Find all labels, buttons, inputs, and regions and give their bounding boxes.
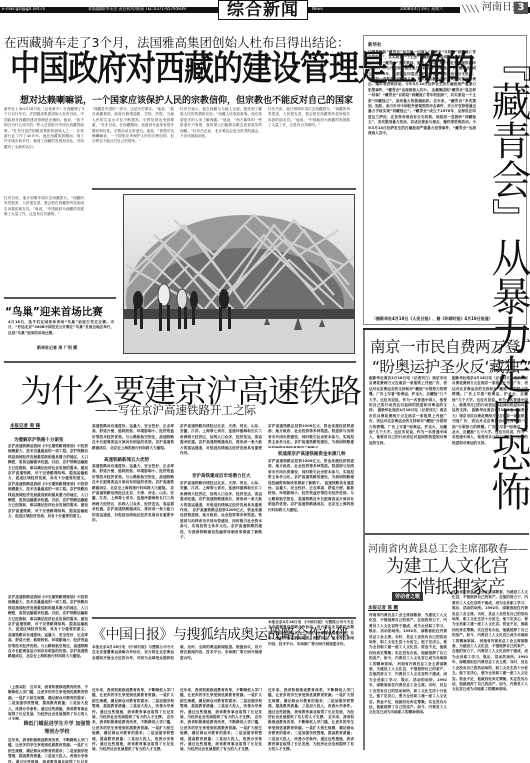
railway-column-4b: 京沪高速铁路总投资2209亿元，资金来源包括铁道部、地方政府、社会投资等多种渠道… — [268, 459, 354, 590]
masthead-english-label: News — [312, 6, 323, 12]
henan-column-1-text-cont: 河南省内黄县总工会主席邵敬春，为建设工人文化宫，不惜抵押自己的家产。在他的努力下… — [369, 662, 447, 715]
railway-section-3: 京沪高铁建成后市场潜力巨大 — [192, 473, 251, 479]
bottom-left-intro-text: 近年来，我省积极推进教育改革，不断降低入学门槛，让更多的学生享受到优质教育资源。… — [8, 685, 88, 720]
bottom-column-2-text: 近年来，我省积极推进教育改革，不断降低入学门槛，让更多的学生享受到优质教育资源。… — [92, 688, 174, 719]
railway-subtitle: ——写在京沪高速铁路开工之际 — [95, 402, 256, 418]
henan-column-2: 河南省内黄县总工会主席邵敬春，为建设工人文化宫，不惜抵押自己的家产。在他的努力下… — [452, 590, 528, 763]
bottom-column-3-text-cont: 近年来，我省积极推进教育改革，不断降低入学门槛，让更多的学生享受到优质教育资源。… — [180, 715, 262, 751]
railway-column-3a-text: 京沪高速铁路沿线经过北京、天津、河北、山东、安徽、江苏、上海等七省市，连接环渤海… — [180, 424, 262, 455]
henan-tag: 劳动者之歌 — [392, 592, 423, 601]
lead-column-3: 杜布吕表示，他在西藏与当地人交流，感受到了藏族人民的热情和友好。“西藏人民欢迎游… — [180, 107, 262, 187]
china-daily-body: 本报北京4月18日电 《中国日报》与搜狐公司今天在北京签署奥运战略合作协议，双方… — [92, 645, 262, 685]
photo-top-rule — [92, 188, 356, 190]
right-column-rule — [363, 330, 365, 750]
bottom-left-intro: （上接1版） 近年来，我省积极推进教育改革，不断降低入学门槛，让更多的学生享受到… — [8, 685, 88, 720]
bottom-left-subhead: 降低门槛促进学生升学 加强管理创办学校 — [22, 720, 92, 736]
henan-column-2-text-cont: 河南省内黄县总工会主席邵敬春，为建设工人文化宫，不惜抵押自己的家产。在他的努力下… — [452, 639, 528, 692]
railway-column-1-text: 京沪高速铁路是我国《中长期铁路网规划》中投资规模最大、技术含量最高的一项工程。京… — [8, 444, 88, 480]
bottom-left-body-text: 近年来，我省积极推进教育改革，不断降低入学门槛，让更多的学生享受到优质教育资源。… — [8, 738, 88, 763]
bottom-column-3-text: 近年来，我省积极推进教育改革，不断降低入学门槛，让更多的学生享受到优质教育资源。… — [180, 688, 262, 719]
lead-subhead: 想对达赖喇嘛说，一个国家应该保护人民的宗教信仰，但宗教也不能反对自己的国家 — [20, 93, 353, 106]
bottom-column-4-text-cont: 近年来，我省积极推进教育改革，不断降低入学门槛，让更多的学生享受到优质教育资源。… — [268, 715, 354, 751]
china-daily-top-rule — [92, 617, 356, 619]
sidebar-body-text: 达赖集团和“藏青会”是怎样一回事？“藏青会”自称是“西藏流亡青年的组织”，其实质… — [368, 50, 476, 92]
lead-column-2-text: “西藏是中国的一部分，这是历史事实。”他说，“我在西藏看到，政府在修建道路、学校… — [92, 107, 174, 143]
lead-column-2: “西藏是中国的一部分，这是历史事实。”他说，“我在西藏看到，政府在修建道路、学校… — [92, 107, 174, 187]
sidebar-source: （据新华社4月19日《人民日报》、据《环球时报》4月19日报道） — [372, 316, 493, 322]
bottom-left-intro-label: （上接1版） — [8, 685, 29, 689]
nanjing-title-line1: 南京一市民自费两万登广告 — [370, 335, 530, 357]
stadium-runners-image — [124, 195, 355, 354]
section-title: 综合新闻 — [218, 0, 308, 20]
masthead-email: E-mail:gzl@gzl.net.cn — [2, 6, 45, 12]
china-daily-column-3: 本报北京4月18日电 《中国日报》与搜狐公司今天在北京签署奥运战略合作协议，双方… — [268, 620, 354, 685]
railway-section-1: 为缓解京沪铁路十分紧张 — [14, 437, 64, 443]
bottom-column-2-text-cont: 近年来，我省积极推进教育改革，不断降低入学门槛，让更多的学生享受到优质教育资源。… — [92, 715, 174, 751]
railway-byline: 本报记者 周 锋 — [10, 423, 40, 429]
railway-column-3b: 京沪高速铁路沿线经过北京、天津、河北、山东、安徽、江苏、上海等七省市，连接环渤海… — [180, 481, 262, 590]
lead-column-3-text: 杜布吕表示，他在西藏与当地人交流，感受到了藏族人民的热情和友好。“西藏人民欢迎游… — [180, 107, 262, 138]
nanjing-column-2-text: 据新华社南京4月18日电（记者刘亢）南京市民自费花费两万元在南京一家报纸上刊登广… — [452, 376, 528, 412]
nanjing-column-1-text-cont: 据新华社南京4月18日电（记者刘亢）南京市民自费花费两万元在南京一家报纸上刊登广… — [369, 408, 447, 444]
railway-column-2b: 高速铁路具有速度快、运量大、安全性好、正点率高、舒适方便、能耗较低、环境影响小、… — [92, 464, 174, 590]
railway-column-1-cont-text2: 高速铁路具有速度快、运量大、安全性好、正点率高、舒适方便、能耗较低、环境影响小、… — [8, 633, 88, 659]
henan-column-1-text: 河南省内黄县总工会主席邵敬春，为建设工人文化宫，不惜抵押自己的家产。在他的努力下… — [369, 613, 447, 666]
railway-column-1-text-cont: 京沪高速铁路是我国《中长期铁路网规划》中投资规模最大、技术含量最高的一项工程。京… — [8, 482, 88, 518]
henan-column-1: 河南省内黄县总工会主席邵敬春，为建设工人文化宫，不惜抵押自己的家产。在他的努力下… — [369, 613, 447, 763]
nanjing-column-2: 据新华社南京4月18日电（记者刘亢）南京市民自费花费两万元在南京一家报纸上刊登广… — [452, 376, 528, 526]
lead-headline: 中国政府对西藏的建设管理是正确的 — [10, 50, 350, 89]
railway-column-1-cont-text: 京沪高速铁路是我国《中长期铁路网规划》中投资规模最大、技术含量最高的一项工程。京… — [8, 595, 88, 631]
nanjing-column-1-text: 据新华社南京4月18日电（记者刘亢）南京市民自费花费两万元在南京一家报纸上刊登广… — [369, 376, 447, 412]
stripes-ornament-icon: ╲╲╲╲ — [460, 5, 481, 13]
bottom-column-3: 近年来，我省积极推进教育改革，不断降低入学门槛，让更多的学生享受到优质教育资源。… — [180, 688, 262, 763]
nanjing-column-1: 据新华社南京4月18日电（记者刘亢）南京市民自费花费两万元在南京一家报纸上刊登广… — [369, 376, 447, 528]
bottom-left-body: 近年来，我省积极推进教育改革，不断降低入学门槛，让更多的学生享受到优质教育资源。… — [8, 738, 88, 763]
railway-column-3a: 京沪高速铁路沿线经过北京、天津、河北、山东、安徽、江苏、上海等七省市，连接环渤海… — [180, 424, 262, 470]
china-daily-body-text: 本报北京4月18日电 《中国日报》与搜狐公司今天在北京签署奥运战略合作协议，双方… — [92, 645, 262, 660]
lead-column-1: 新华社上海4月18日电（记者黄平）在西藏骑了3个月自行车后，法国雅高集团创始人杜… — [4, 107, 84, 195]
nanjing-top-rule — [363, 328, 529, 330]
railway-section-2: 高速铁路新闻五大优势 — [104, 457, 149, 463]
sidebar-body: 达赖集团和“藏青会”是怎样一回事？“藏青会”自称是“西藏流亡青年的组织”，其实质… — [368, 50, 476, 314]
railway-top-rule — [4, 361, 356, 363]
railway-column-3b-text-cont: 京沪高速铁路总投资2209亿元，资金来源包括铁道部、地方政府、社会投资等多种渠道… — [180, 508, 262, 539]
railway-column-4a: 京沪高速铁路总投资2209亿元，资金来源包括铁道部、地方政府、社会投资等多种渠道… — [268, 424, 354, 448]
masthead-date: 2008年4月19日 星期六 — [400, 6, 443, 12]
sidebar-byline: 新华社 — [368, 42, 382, 48]
railway-column-2a-text: 高速铁路具有速度快、运量大、安全性好、正点率高、舒适方便、能耗较低、环境影响小、… — [92, 424, 174, 450]
railway-column-4a-text: 京沪高速铁路总投资2209亿元，资金来源包括铁道部、地方政府、社会投资等多种渠道… — [268, 424, 354, 448]
birds-nest-title: “鸟巢”迎来首场比赛 — [5, 304, 103, 319]
railway-column-1: 京沪高速铁路是我国《中长期铁路网规划》中投资规模最大、技术含量最高的一项工程。京… — [8, 444, 88, 590]
nanjing-title-line2: “盼奥运护圣火反‘藏独’” — [372, 355, 530, 377]
birds-nest-photo — [123, 194, 355, 354]
lead-column-1-text: 新华社上海4月18日电（记者黄平）在西藏骑了3个月自行车后，法国雅高集团创始人杜… — [4, 107, 84, 149]
page-number: 3 — [514, 2, 528, 14]
lead-column-1b: 杜布吕说，他计划明年再次去西藏旅行。“西藏的风景很美，人民很友善，我会把在西藏的… — [4, 196, 84, 291]
birds-nest-byline: 新华社记者 邢 广利 摄 — [37, 345, 77, 351]
railway-column-4b-text-cont: 高速铁路具有速度快、运量大、安全性好、正点率高、舒适方便、能耗较低、环境影响小、… — [268, 481, 354, 512]
masthead-editor-info: 本版编辑/李永会 责任校对/陈丽 TEL:0371-65795939 — [88, 6, 186, 12]
birds-nest-body-text: 4月18日，选手们在国家体育场“鸟巢”前进行竞走比赛。当日，“好运北京”2008… — [8, 320, 114, 335]
bottom-column-4: 近年来，我省积极推进教育改革，不断降低入学门槛，让更多的学生享受到优质教育资源。… — [268, 688, 354, 763]
lead-column-4: 杜布吕说，他计划明年再次去西藏旅行。“西藏的风景很美，人民很友善，我会把在西藏的… — [268, 107, 350, 182]
sidebar-body-text-cont: 达赖集团和“藏青会”是怎样一回事？“藏青会”自称是“西藏流亡青年的组织”，其实质… — [368, 88, 476, 135]
henan-byline: 本报记者 陈 鹏 — [368, 605, 398, 611]
lead-column-1b-text: 杜布吕说，他计划明年再次去西藏旅行。“西藏的风景很美，人民很友善，我会把在西藏的… — [4, 196, 84, 216]
henan-top-rule — [365, 533, 529, 535]
birds-nest-body: 4月18日，选手们在国家体育场“鸟巢”前进行竞走比赛。当日，“好运北京”2008… — [8, 320, 114, 345]
brief-top-rule — [4, 297, 116, 299]
railway-column-2b-text: 高速铁路具有速度快、运量大、安全性好、正点率高、舒适方便、能耗较低、环境影响小、… — [92, 464, 174, 490]
lead-column-4-text: 杜布吕说，他计划明年再次去西藏旅行。“西藏的风景很美，人民很友善，我会把在西藏的… — [268, 107, 350, 127]
railway-column-2a: 高速铁路具有速度快、运量大、安全性好、正点率高、舒适方便、能耗较低、环境影响小、… — [92, 424, 174, 454]
nanjing-column-2-text-cont: 据新华社南京4月18日电（记者刘亢）南京市民自费花费两万元在南京一家报纸上刊登广… — [452, 408, 528, 444]
railway-column-2b-text-cont: 京沪高速铁路沿线经过北京、天津、河北、山东、安徽、江苏、上海等七省市，连接环渤海… — [92, 486, 174, 522]
railway-section-4: 铁道部京沪高速铁路资金来源几种 — [278, 451, 346, 457]
bottom-column-2: 近年来，我省积极推进教育改革，不断降低入学门槛，让更多的学生享受到优质教育资源。… — [92, 688, 174, 763]
henan-column-2-text: 河南省内黄县总工会主席邵敬春，为建设工人文化宫，不惜抵押自己的家产。在他的努力下… — [452, 590, 528, 643]
china-daily-column-3-text: 本报北京4月18日电 《中国日报》与搜狐公司今天在北京签署奥运战略合作协议，双方… — [268, 620, 354, 646]
